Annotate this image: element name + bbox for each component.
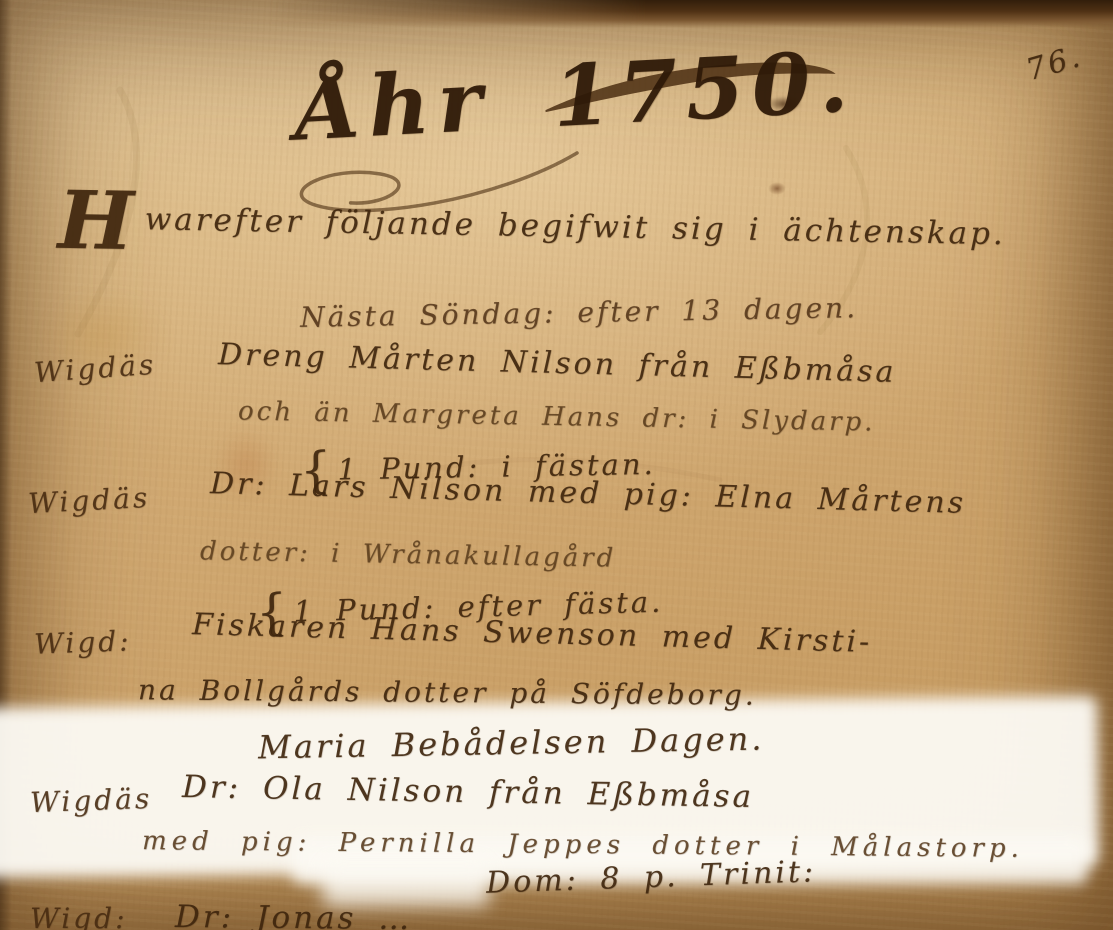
page-title: Åhr 1750.: [293, 31, 858, 159]
scan-highlight-patch: [322, 860, 490, 906]
book-top-edge-shadow: [0, 0, 1113, 28]
entry-margin-label: Wigdäs: [27, 481, 151, 520]
page-number: 76.: [1022, 39, 1086, 88]
entry-line: och än Margreta Hans dr: i Slydarp.: [238, 396, 876, 437]
manuscript-page: 76. Åhr 1750. Hwarefter följande begifwi…: [0, 0, 1113, 930]
ornate-initial: H: [57, 173, 137, 268]
intro-line-1-text: warefter följande begifwit sig i ächtens…: [144, 201, 1006, 252]
entry-margin-label: Wigd:: [30, 902, 128, 930]
entry-margin-label: Wigd:: [33, 624, 132, 660]
ink-stain: [768, 182, 786, 195]
entry-line: Dr: Jonas …: [175, 899, 413, 930]
entry-margin-label: Wigdäs: [33, 348, 157, 389]
intro-line-2: Nästa Söndag: efter 13 dagen.: [300, 291, 858, 334]
entry-margin-label: Wigdäs: [29, 782, 152, 819]
entry-line: dotter: i Wrånakullagård: [200, 536, 617, 573]
entry-line: Dreng Mårten Nilson från Eßbmåsa: [218, 337, 897, 390]
intro-line-1: Hwarefter följande begifwit sig i ächten…: [58, 200, 1006, 253]
entry-line: Fiskaren Hans Swenson med Kirsti-: [192, 607, 873, 660]
entry-line: na Bollgårds dotter på Söfdeborg.: [138, 673, 757, 711]
